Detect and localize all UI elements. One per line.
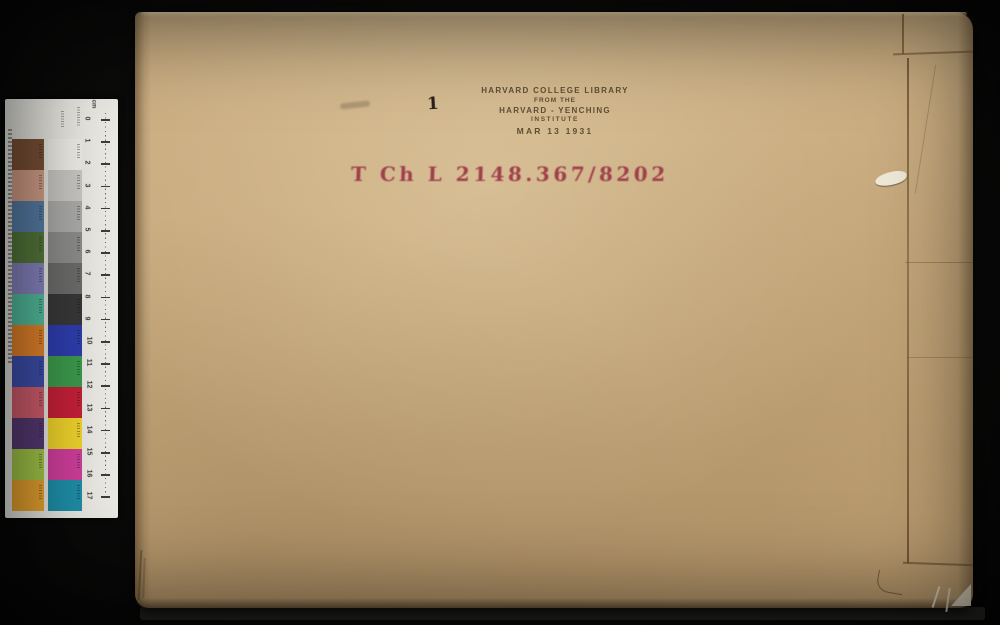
ruler-number: 4	[83, 205, 90, 209]
color-patch	[48, 263, 82, 294]
color-patch	[12, 263, 44, 294]
ruler-mark: 2	[83, 159, 117, 169]
color-patch-row	[12, 356, 82, 387]
cover-bottom-shadow	[135, 598, 973, 608]
color-patch	[48, 201, 82, 232]
handwritten-number: 1	[426, 94, 439, 115]
ruler-number: 11	[85, 359, 92, 366]
color-patch-row	[12, 170, 82, 201]
book-cover: 1 HARVARD COLLEGE LIBRARYFROM THEHARVARD…	[135, 12, 973, 608]
color-patch	[48, 480, 82, 511]
color-patch	[12, 325, 44, 356]
color-patch	[48, 325, 82, 356]
color-patch-row	[12, 387, 82, 418]
color-patch	[48, 418, 82, 449]
pencil-smudge	[340, 100, 370, 109]
ruler-number: 14	[85, 425, 92, 433]
ruler-tick	[101, 452, 110, 454]
color-patch-row	[12, 325, 82, 356]
ruler-number: 16	[85, 470, 92, 478]
ruler-unit-label: cm	[90, 100, 96, 109]
ruler-number: 6	[83, 250, 90, 254]
ruler-mark: 15	[83, 448, 117, 458]
color-patch	[12, 139, 44, 170]
ruler-tick	[101, 163, 110, 165]
target-header-label	[77, 107, 80, 127]
color-patch	[12, 449, 44, 480]
library-stamp-line: HARVARD COLLEGE LIBRARY	[455, 87, 655, 95]
patch-rows	[12, 139, 82, 511]
ruler-mark: 6	[83, 248, 117, 258]
ruler-tick	[101, 319, 110, 321]
crease-line	[915, 65, 936, 194]
ruler-tick	[101, 341, 110, 343]
scanner-bed-edge	[140, 607, 985, 620]
color-patch	[48, 356, 82, 387]
ruler-mark: 7	[83, 270, 117, 280]
scan-scene: cm 01234567891011121314151617 1 HARVARD …	[0, 0, 1000, 625]
ruler-mark: 4	[83, 204, 117, 214]
color-patch-row	[12, 263, 82, 294]
ruler-number: 3	[83, 183, 90, 187]
crease-line	[907, 58, 909, 563]
ruler-tick	[101, 297, 110, 299]
cover-right-edge-shade	[958, 12, 973, 608]
color-patch-row	[12, 139, 82, 170]
ruler-number: 10	[85, 337, 92, 345]
library-stamp: HARVARD COLLEGE LIBRARYFROM THEHARVARD -…	[455, 87, 655, 136]
library-stamp-line: INSTITUTE	[455, 117, 655, 124]
ruler-number: 5	[83, 228, 90, 232]
ruler-tick	[101, 141, 110, 143]
ruler-tick	[101, 496, 110, 498]
call-number-stamp: T Ch L 2148.367/8202	[351, 162, 669, 186]
ruler-tick	[101, 274, 110, 276]
ruler-mark: 12	[83, 381, 117, 391]
ruler-number: 13	[85, 403, 92, 411]
ruler-mark: 16	[83, 470, 117, 480]
color-patch	[12, 294, 44, 325]
ruler-tick	[101, 430, 110, 432]
color-patch	[12, 232, 44, 263]
color-patch	[12, 170, 44, 201]
ruler-mark: 17	[83, 492, 117, 502]
color-patch	[12, 356, 44, 387]
color-patch	[48, 232, 82, 263]
cover-left-page-edge	[135, 12, 151, 608]
color-patch-row	[12, 449, 82, 480]
crease-line	[905, 262, 973, 263]
color-patch	[48, 170, 82, 201]
color-patch	[12, 480, 44, 511]
ruler-tick	[101, 474, 110, 476]
color-patch	[48, 294, 82, 325]
ruler-tick	[101, 363, 110, 365]
ruler-number: 2	[83, 161, 90, 165]
ruler-number: 7	[83, 272, 90, 276]
library-stamp-line: HARVARD - YENCHING	[455, 107, 655, 115]
ruler-mark: 10	[83, 337, 117, 347]
color-patch	[12, 201, 44, 232]
ruler-number: 0	[83, 117, 90, 121]
ruler-tick	[101, 408, 110, 410]
ruler-mark: 9	[83, 315, 117, 325]
color-patch-row	[12, 294, 82, 325]
target-header-label	[61, 111, 64, 127]
ruler-number: 15	[85, 448, 92, 456]
ruler-mark: 5	[83, 226, 117, 236]
ruler-mark: 13	[83, 404, 117, 414]
ruler-mark: 1	[83, 137, 117, 147]
crease-mark	[875, 570, 905, 595]
ruler-number: 1	[83, 139, 90, 143]
ruler-tick	[101, 230, 110, 232]
ruler-tick	[101, 385, 110, 387]
ruler-number: 17	[85, 492, 92, 500]
ruler-number: 12	[85, 381, 92, 389]
ruler-tick	[101, 119, 110, 121]
ruler-mark: 11	[83, 359, 117, 369]
color-calibration-target: cm 01234567891011121314151617	[5, 99, 118, 518]
color-patch	[48, 139, 82, 170]
color-patch-row	[12, 201, 82, 232]
color-patch	[12, 418, 44, 449]
ruler-tick	[101, 186, 110, 188]
cover-top-edge-highlight	[141, 12, 967, 17]
ruler-number: 8	[83, 294, 90, 298]
crease-line	[907, 357, 973, 358]
ruler-tick	[101, 208, 110, 210]
ruler-number: 9	[83, 316, 90, 320]
ruler-mark: 14	[83, 426, 117, 436]
paper-tear-chip	[874, 169, 908, 187]
color-patch	[48, 387, 82, 418]
ruler-mark: 8	[83, 293, 117, 303]
ruler-mark: 3	[83, 182, 117, 192]
library-stamp-line: FROM THE	[455, 98, 655, 105]
ruler-tick	[101, 252, 110, 254]
color-patch	[12, 387, 44, 418]
library-stamp-line: MAR 13 1931	[455, 127, 655, 136]
ruler: 01234567891011121314151617	[83, 109, 117, 511]
color-patch-row	[12, 232, 82, 263]
ruler-mark: 0	[83, 115, 117, 125]
crease-line	[902, 14, 904, 54]
color-patch-row	[12, 418, 82, 449]
color-patch-row	[12, 480, 82, 511]
color-patch	[48, 449, 82, 480]
